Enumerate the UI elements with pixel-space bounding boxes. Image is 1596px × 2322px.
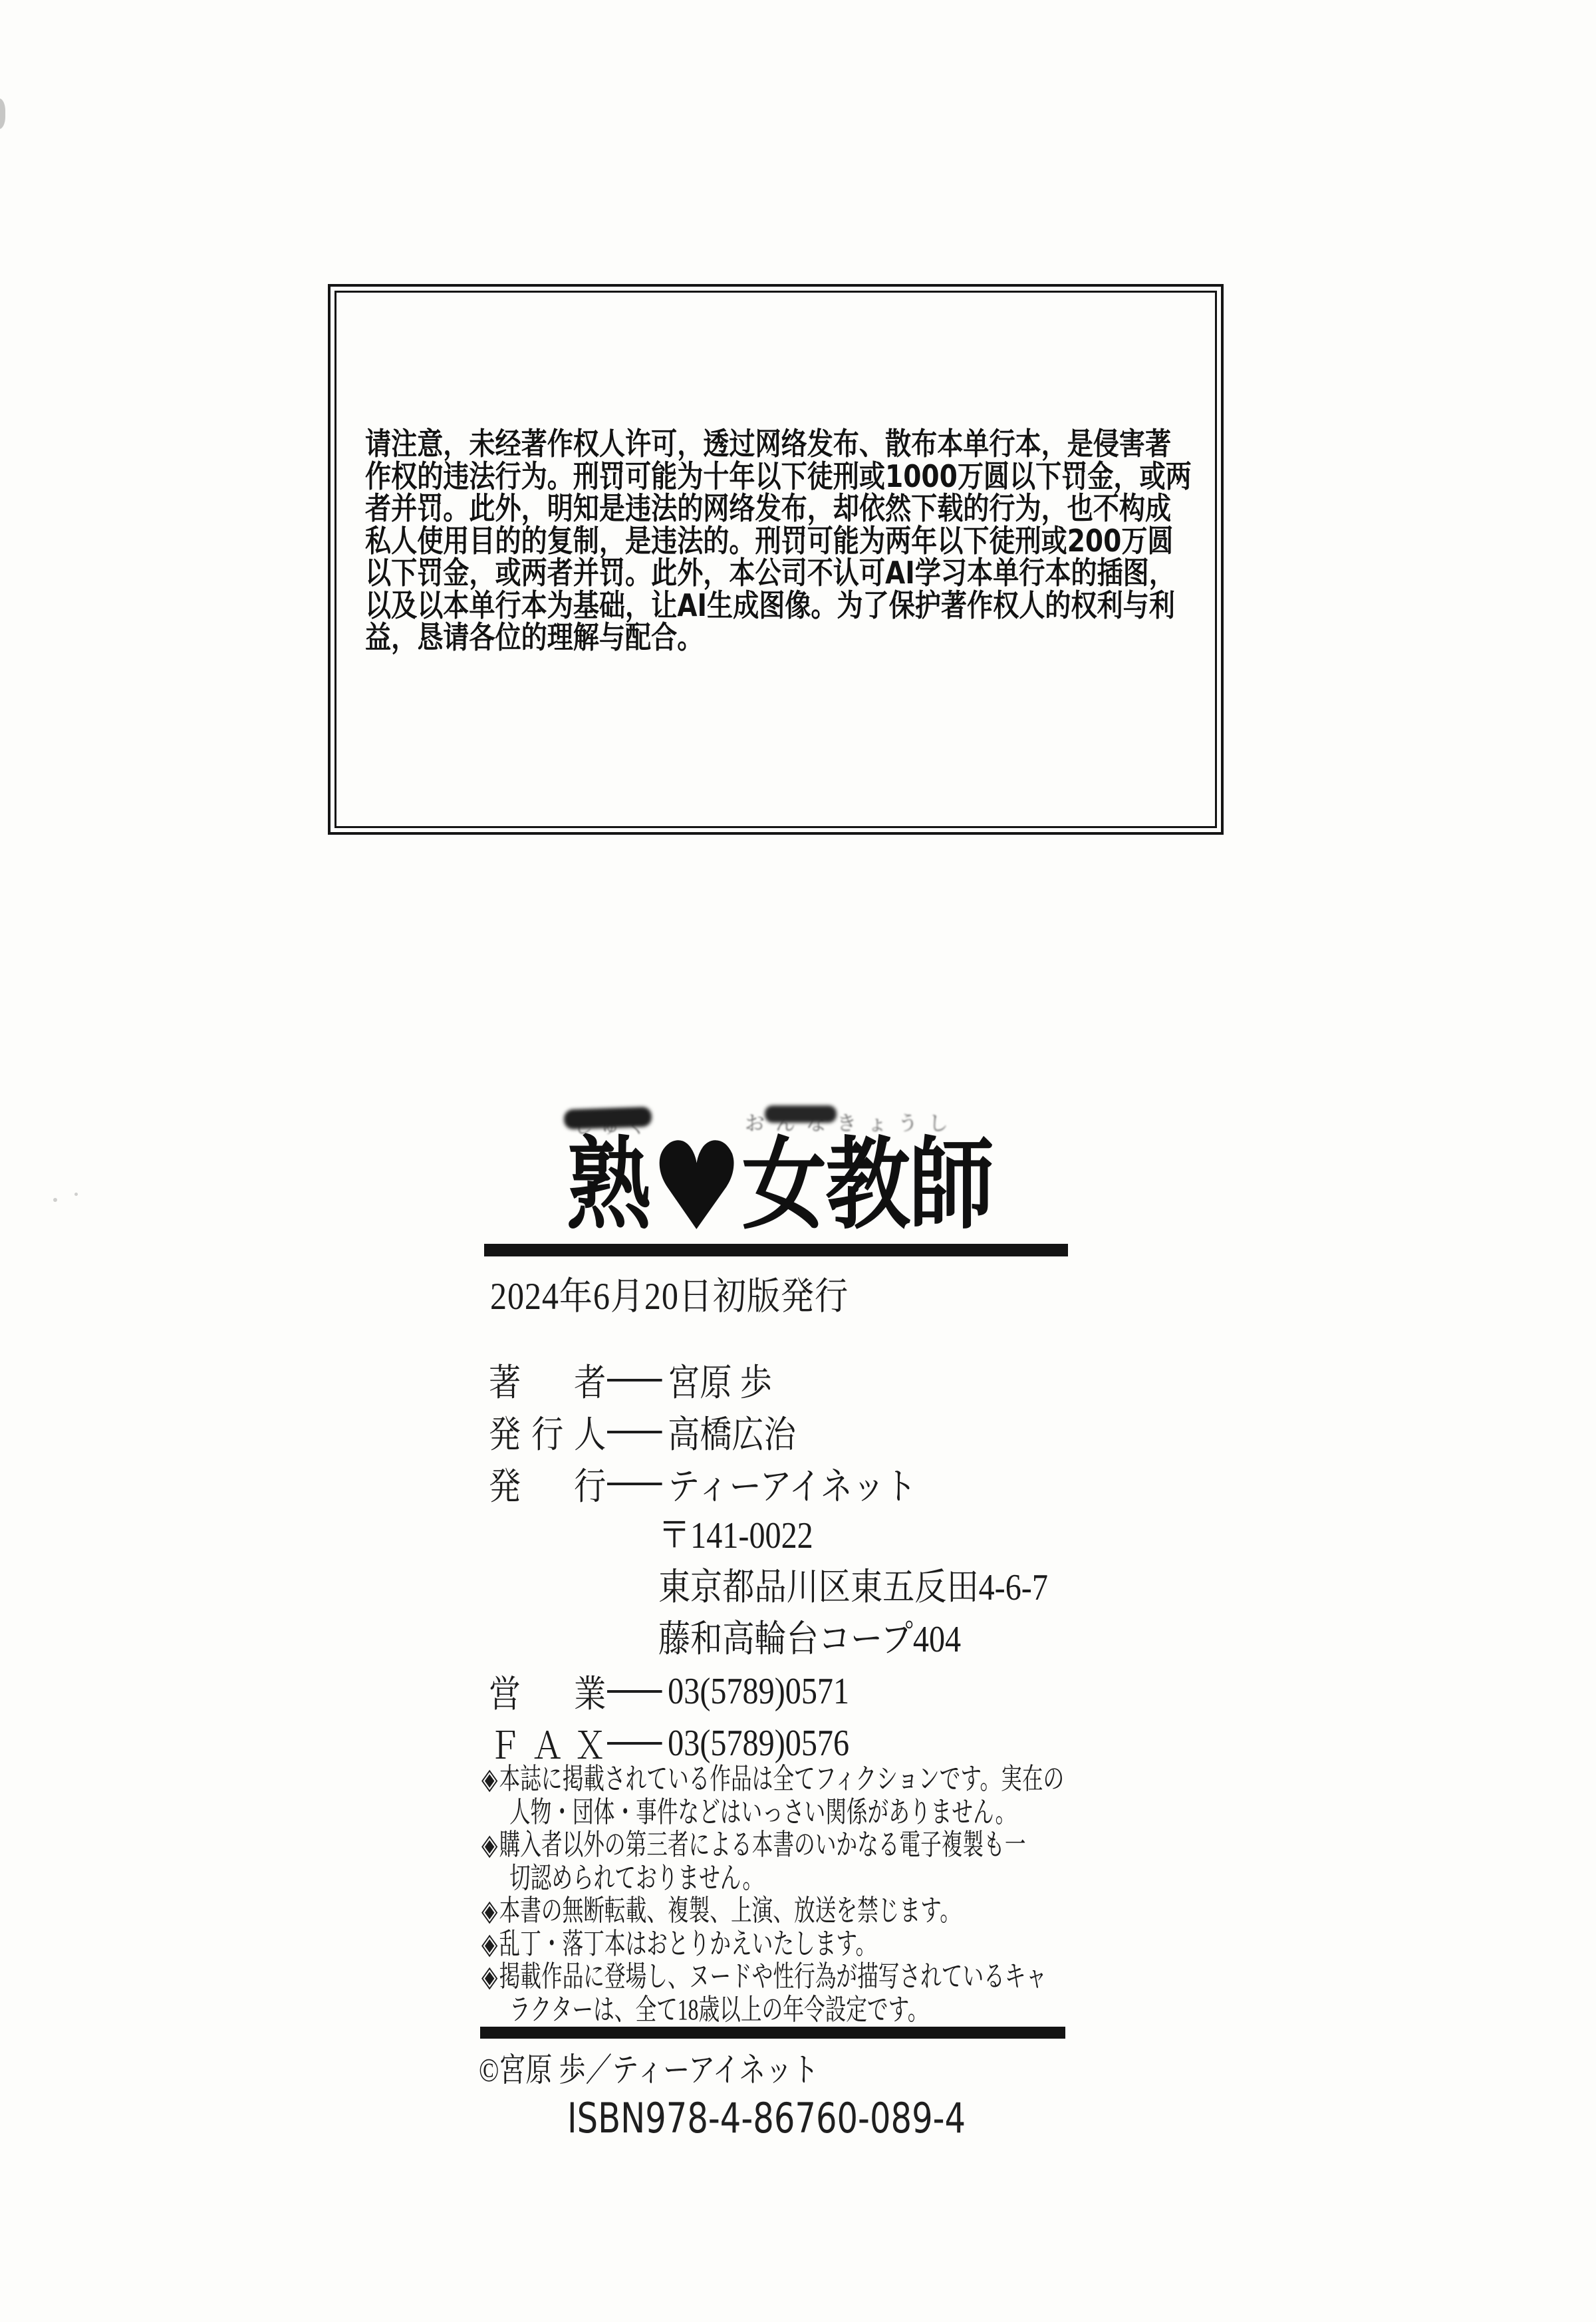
notice-text: 本誌に掲載されている作品は全てフィクションです。実在の — [499, 1763, 1065, 1795]
heart-icon: ♥ — [650, 1117, 742, 1258]
notice-line: ◈本書の無断転載、複製、上演、放送を禁じます。 — [481, 1894, 961, 1927]
warning-line: 作权的违法行为。刑罚可能为十年以下徒刑或1000万圆以下罚金，或两 — [365, 460, 1192, 493]
colophon-row-fax: ＦＡＸ 03(5789)0576 — [489, 1721, 849, 1765]
row-label: ＦＡＸ — [489, 1717, 606, 1770]
footer-divider-rule — [480, 2027, 1065, 2039]
notice-line: 切認められておりません。 — [509, 1862, 763, 1894]
colophon-page: { "page": { "paper_color": "#fdfdfb", "i… — [0, 0, 1596, 2322]
edition-date: 2024年6月20日初版発行 — [490, 1266, 849, 1320]
leader-dash — [607, 1742, 662, 1745]
notice-text: 人物・団体・事件などはいっさい関係がありません。 — [509, 1796, 1016, 1828]
leader-dash — [607, 1379, 662, 1381]
colophon-row-publisher: 発行人 高橋広治 — [489, 1410, 796, 1454]
leader-dash — [607, 1483, 662, 1485]
warning-line: 者并罚。此外，明知是违法的网络发布，却依然下载的行为，也不构成 — [365, 492, 1192, 525]
address-line: 東京都品川区東五反田4-6-7 — [658, 1566, 1048, 1610]
scan-edge-artifact — [0, 98, 5, 129]
diamond-bullet-icon: ◈ — [481, 1928, 497, 1960]
notice-text: ラクターは、全て18歳以上の年令設定です。 — [509, 1993, 928, 2026]
leader-dash — [607, 1690, 662, 1693]
book-title-left: 熟 — [567, 1131, 650, 1241]
colophon-row-author: 著 者 宮原 歩 — [489, 1358, 772, 1402]
copyright-line: ©宮原 歩／ティーアイネット — [479, 2043, 819, 2091]
row-label: 著 者 — [489, 1354, 606, 1407]
row-label: 発行人 — [489, 1405, 606, 1459]
notice-text: 購入者以外の第三者による本書のいかなる電子複製も一 — [499, 1828, 1026, 1861]
scan-dot-artifact — [53, 1198, 57, 1202]
notice-line: ◈乱丁・落丁本はおとりかえいたします。 — [481, 1928, 876, 1960]
notice-line: ◈購入者以外の第三者による本書のいかなる電子複製も一 — [481, 1828, 1026, 1861]
row-value: ティーアイネット — [668, 1457, 916, 1511]
diamond-bullet-icon: ◈ — [481, 1763, 497, 1795]
diamond-bullet-icon: ◈ — [481, 1960, 497, 1993]
address-line: 藤和高輪台コープ404 — [658, 1618, 961, 1662]
row-value: 宮原 歩 — [668, 1354, 772, 1407]
row-value: 03(5789)0576 — [668, 1722, 849, 1765]
warning-line: 私人使用目的的复制，是违法的。刑罚可能为两年以下徒刑或200万圆 — [365, 525, 1192, 557]
notice-line: ◈本誌に掲載されている作品は全てフィクションです。実在の — [481, 1763, 1064, 1795]
isbn: ISBN978-4-86760-089-4 — [567, 2094, 966, 2142]
row-label: 営 業 — [489, 1665, 606, 1718]
row-value: 高橋広治 — [668, 1405, 796, 1459]
book-title: 熟♥女教師 — [567, 1136, 993, 1236]
scan-dot-artifact — [74, 1193, 78, 1196]
notice-text: 本書の無断転載、複製、上演、放送を禁じます。 — [499, 1894, 961, 1927]
copyright-warning-box: 请注意，未经著作权人许可，透过网络发布、散布本单行本，是侵害著 作权的违法行为。… — [328, 284, 1224, 835]
warning-line: 以及以本单行本为基础，让AI生成图像。为了保护著作权人的权利与利 — [365, 589, 1192, 622]
warning-line: 请注意，未经著作权人许可，透过网络发布、散布本单行本，是侵害著 — [365, 428, 1192, 460]
book-title-right: 女教師 — [742, 1131, 993, 1241]
postal-code: 〒141-0022 — [658, 1514, 813, 1558]
colophon-row-sales-phone: 営 業 03(5789)0571 — [489, 1669, 849, 1713]
leader-dash — [607, 1431, 662, 1433]
colophon-row-imprint: 発 行 ティーアイネット — [489, 1462, 916, 1506]
title-divider-rule — [484, 1244, 1068, 1256]
notice-line: 人物・団体・事件などはいっさい関係がありません。 — [509, 1796, 1016, 1828]
notice-text: 掲載作品に登場し、ヌードや性行為が描写されているキャ — [499, 1960, 1047, 1993]
warning-text-block: 请注意，未经著作权人许可，透过网络发布、散布本单行本，是侵害著 作权的违法行为。… — [365, 428, 1192, 654]
row-value: 03(5789)0571 — [668, 1670, 849, 1713]
furigana-smudge — [564, 1107, 652, 1130]
notice-line: ラクターは、全て18歳以上の年令設定です。 — [509, 1993, 928, 2026]
warning-line: 益，恳请各位的理解与配合。 — [365, 621, 1192, 654]
furigana-smudge — [765, 1105, 837, 1123]
notice-line: ◈掲載作品に登場し、ヌードや性行為が描写されているキャ — [481, 1960, 1047, 1993]
row-label: 発 行 — [489, 1457, 606, 1511]
notice-text: 切認められておりません。 — [509, 1862, 763, 1894]
warning-line: 以下罚金，或两者并罚。此外，本公司不认可AI学习本单行本的插图， — [365, 557, 1192, 589]
diamond-bullet-icon: ◈ — [481, 1828, 497, 1861]
notice-text: 乱丁・落丁本はおとりかえいたします。 — [499, 1928, 877, 1960]
diamond-bullet-icon: ◈ — [481, 1894, 497, 1927]
